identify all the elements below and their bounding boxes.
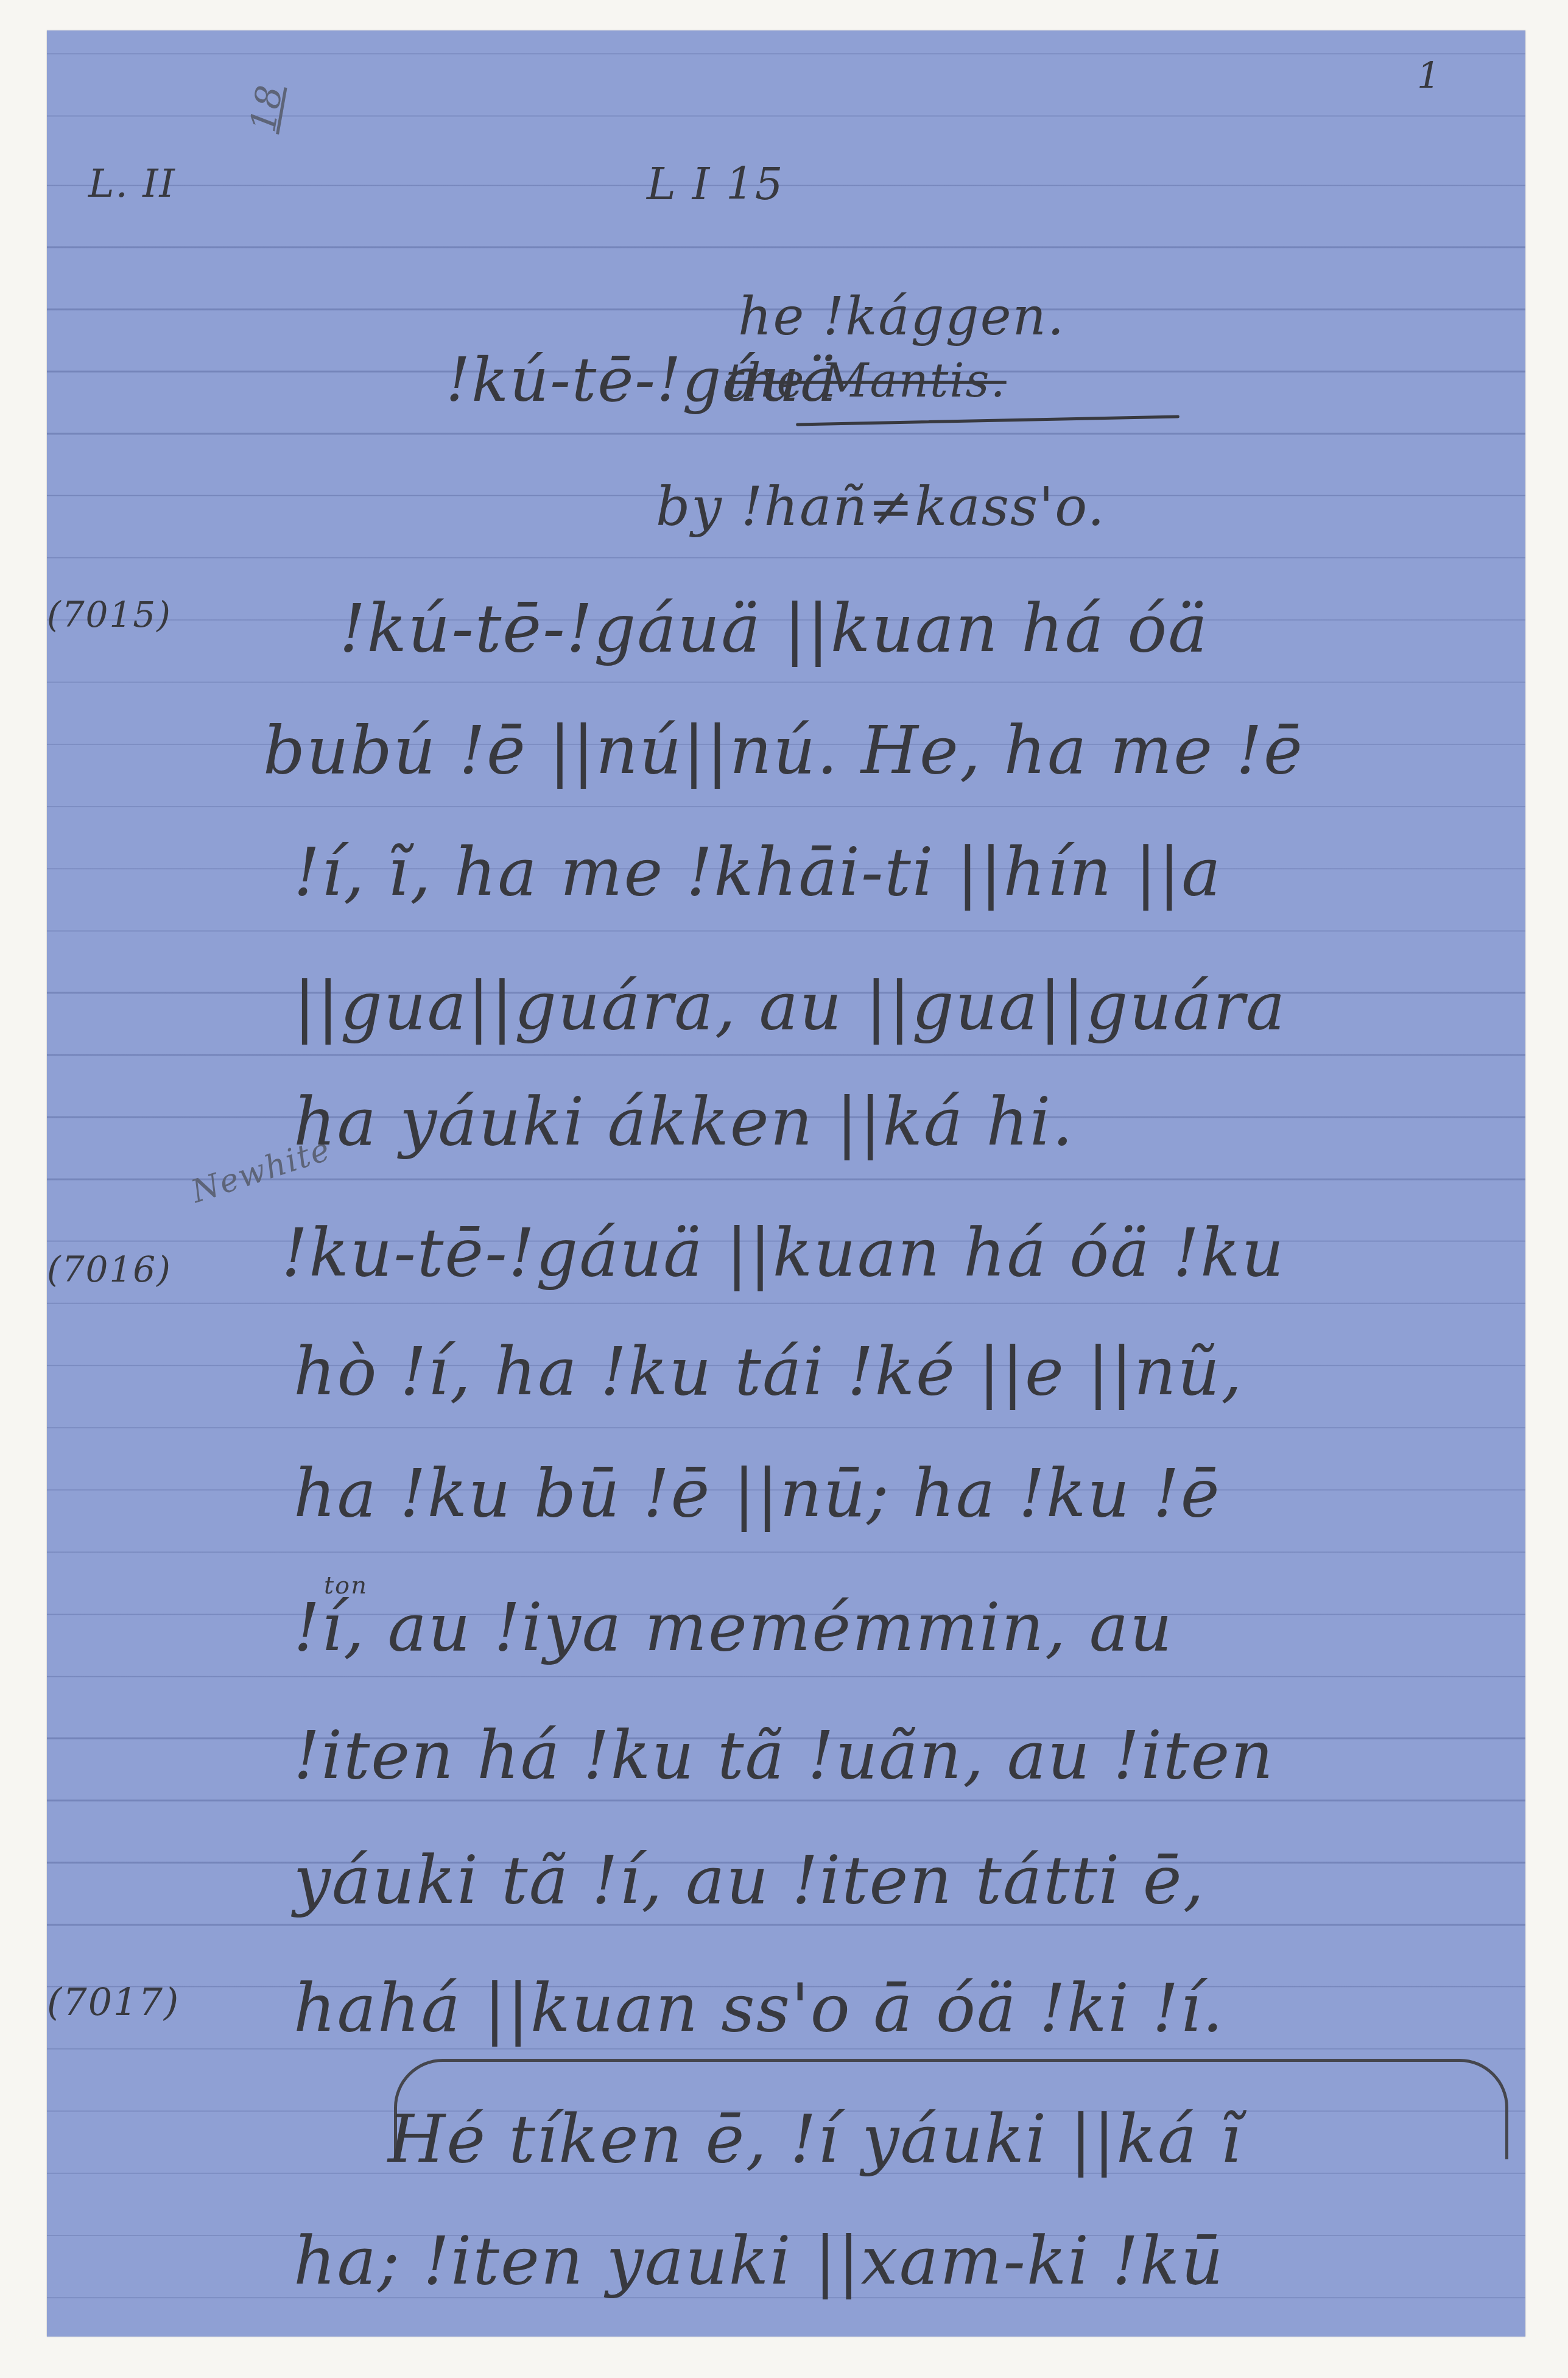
- text-line-13: Hé tíken ē, !í yáuki ||ká ĩ: [388, 2101, 1242, 2178]
- text-line-10: !iten há !ku tã !uãn, au !iten: [294, 1718, 1274, 1794]
- page-reference: L I 15: [647, 158, 784, 210]
- title-underline: [796, 415, 1180, 426]
- text-line-4: ||gua||guára, au ||gua||guára: [294, 968, 1286, 1045]
- text-line-2: bubú !ē ||nú||nú. He, ha me !ē: [263, 713, 1304, 789]
- text-line-5: ha yáuki ákken ||ká hi.: [294, 1084, 1074, 1160]
- manuscript-page: L. II 18 L I 15 1 !kú-tē-!gáuä the Manti…: [47, 30, 1525, 2337]
- margin-ref-7016: (7016): [47, 1249, 172, 1290]
- text-line-12: hahá ||kuan ss'o ā óä !ki !í.: [294, 1970, 1225, 2047]
- text-line-14: ha; !iten yauki ||xam-ki !kū: [294, 2223, 1225, 2299]
- margin-ref-7017: (7017): [47, 1980, 180, 2024]
- text-line-3: !í, ĩ, ha me !khāi-ti ||hín ||a: [294, 834, 1222, 911]
- margin-ref-7015: (7015): [47, 594, 172, 635]
- text-line-7: hò !í, ha !ku tái !ké ||e ||nũ,: [294, 1334, 1243, 1410]
- title-insertion: he !kággen.: [738, 286, 1065, 347]
- notebook-reference: L. II: [88, 161, 176, 206]
- text-line-6: !ku-tē-!gáuä ||kuan há óä !ku: [281, 1215, 1285, 1291]
- text-line-11: yáuki tã !í, au !iten tátti ē,: [294, 1843, 1205, 1919]
- byline: by !hañ≠kass'o.: [656, 475, 1106, 538]
- struck-title: the Mantis.: [726, 353, 1007, 408]
- text-line-9: !í, au !iya memémmin, au: [294, 1590, 1173, 1666]
- pencil-page-number: 18: [242, 81, 290, 135]
- text-line-8: ha !ku bū !ē ||nū; ha !ku !ē: [294, 1456, 1221, 1532]
- text-line-1: !kú-tē-!gáuä ||kuan há óä: [339, 591, 1209, 667]
- page-number: 1: [1417, 55, 1441, 97]
